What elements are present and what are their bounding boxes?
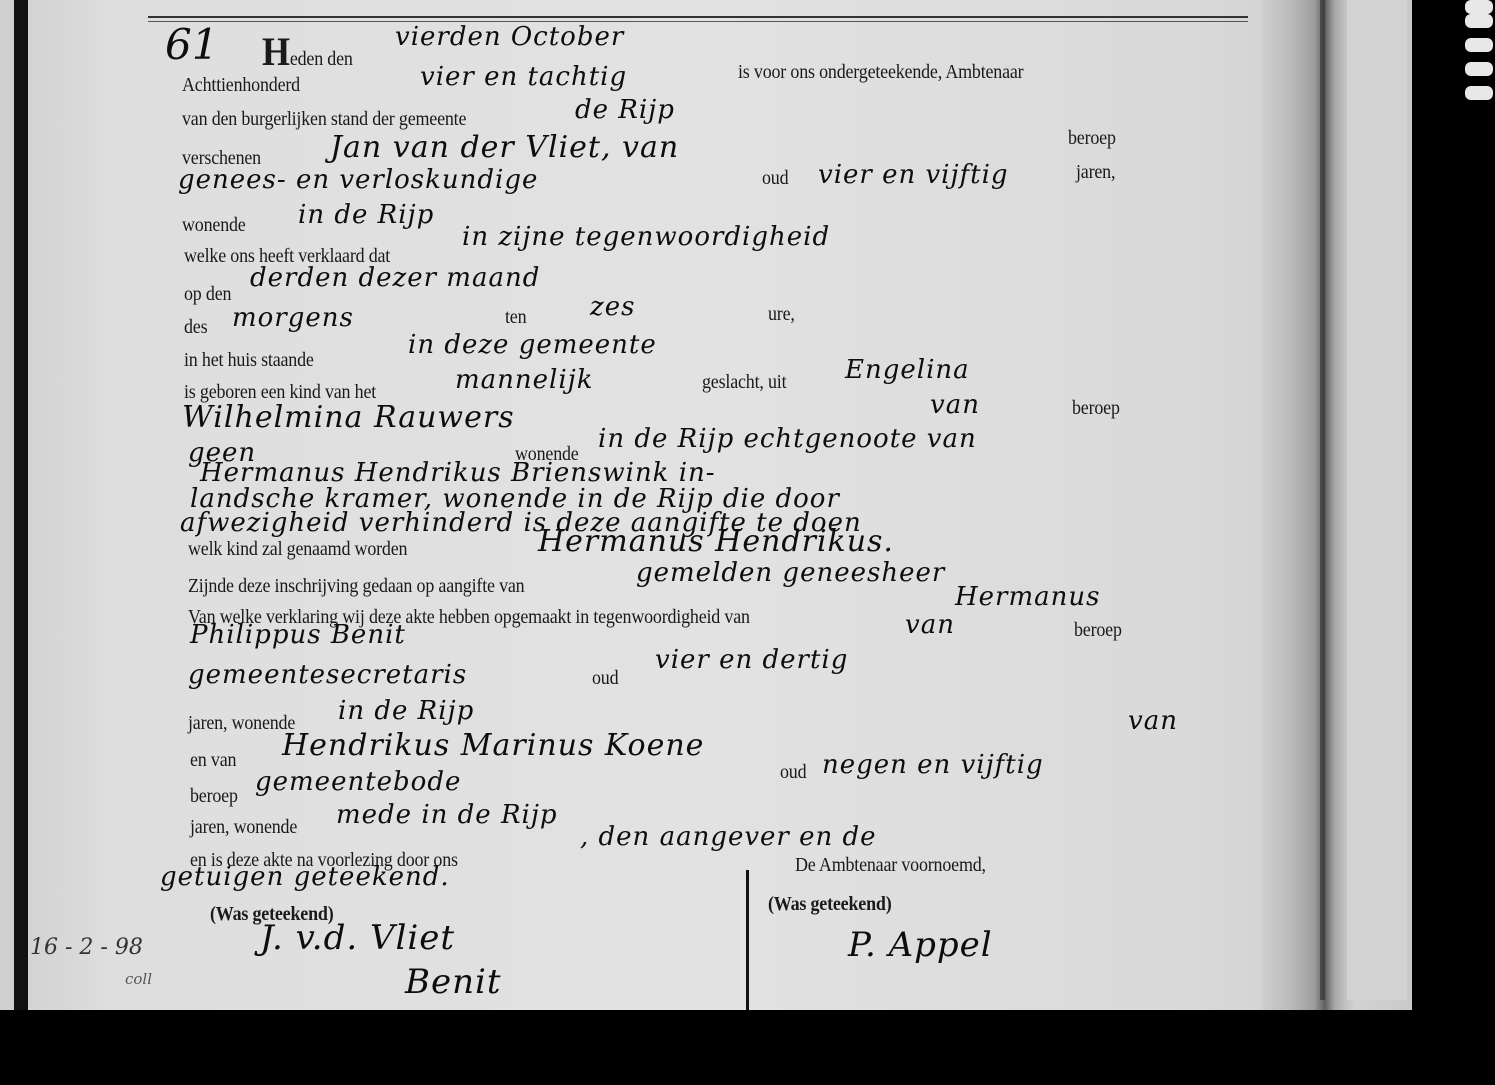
printed-jaren-1: jaren, bbox=[1076, 160, 1115, 184]
document-page: 61 Heden den vierden October Achttienhon… bbox=[0, 0, 1410, 1010]
printed-jaren-wonende-2: jaren, wonende bbox=[190, 815, 297, 839]
hw-sex: mannelijk bbox=[455, 365, 593, 395]
hw-witness2-beroep: gemeentebode bbox=[255, 767, 461, 797]
margin-coll-note: coll bbox=[125, 970, 152, 988]
printed-welk-kind: welk kind zal genaamd worden bbox=[188, 537, 407, 561]
printed-en-van: en van bbox=[190, 748, 236, 772]
hw-witness2-name: Hendrikus Marinus Koene bbox=[282, 728, 704, 763]
hw-declarant-age: vier en vijftig bbox=[818, 160, 1009, 190]
printed-is-voor-ons: is voor ons ondergeteekende, Ambtenaar bbox=[738, 60, 1023, 84]
printed-ten: ten bbox=[505, 305, 526, 329]
signature-declarant: J. v.d. Vliet bbox=[260, 918, 455, 958]
hw-declarant-residence: in de Rijp bbox=[298, 200, 434, 230]
signature-official: P. Appel bbox=[848, 925, 993, 965]
page-fringe bbox=[1465, 0, 1495, 200]
printed-heden: Heden den bbox=[262, 28, 353, 75]
printed-in-het-huis: in het huis staande bbox=[184, 348, 314, 372]
hw-signed-by-line2: getuigen geteekend. bbox=[160, 862, 450, 892]
hw-gemeente: de Rijp bbox=[575, 95, 675, 125]
hw-aangifte-van: gemelden geneesheer bbox=[636, 558, 945, 588]
hw-house: in deze gemeente bbox=[408, 330, 657, 360]
printed-achttienhonderd: Achttienhonderd bbox=[182, 73, 300, 97]
hw-hour: zes bbox=[590, 292, 635, 322]
printed-beroep-4: beroep bbox=[190, 784, 238, 808]
hw-birth-day: derden dezer maand bbox=[250, 263, 540, 293]
heden-rest: eden den bbox=[290, 47, 353, 69]
printed-was-geteekend-right: (Was geteekend) bbox=[768, 892, 891, 916]
hw-verklaard: in zijne tegenwoordigheid bbox=[462, 222, 830, 252]
signature-witness: Benit bbox=[405, 962, 502, 1002]
hw-witness2-age: negen en vijftig bbox=[822, 750, 1044, 780]
hw-mother-second: Wilhelmina Rauwers bbox=[182, 400, 515, 435]
hw-witness2-van: van bbox=[1128, 706, 1178, 736]
hw-witness1-first: Hermanus bbox=[955, 582, 1100, 612]
margin-date-note: 16 - 2 - 98 bbox=[30, 935, 143, 960]
printed-ure: ure, bbox=[768, 302, 795, 326]
hw-mother-van: van bbox=[930, 390, 980, 420]
printed-zijnde-deze: Zijnde deze inschrijving gedaan op aangi… bbox=[188, 574, 524, 598]
hw-witness1-last: Philippus Benit bbox=[190, 620, 406, 650]
printed-de-ambtenaar: De Ambtenaar voornoemd, bbox=[795, 853, 986, 877]
hw-witness1-age: vier en dertig bbox=[655, 645, 848, 675]
hw-witness1-beroep: gemeentesecretaris bbox=[188, 660, 467, 690]
header-rule-secondary bbox=[148, 21, 1248, 22]
record-number: 61 bbox=[165, 20, 218, 69]
hw-mother-residence: in de Rijp echtgenoote van bbox=[598, 424, 977, 454]
hw-mother-first: Engelina bbox=[845, 355, 970, 385]
hw-declarant: Jan van der Vliet, van bbox=[330, 130, 679, 165]
printed-oud-1: oud bbox=[762, 166, 788, 190]
gutter-crease bbox=[1320, 0, 1325, 1000]
facing-page-edge bbox=[1347, 0, 1407, 1000]
printed-beroep-3: beroep bbox=[1074, 618, 1122, 642]
hw-witness2-residence: mede in de Rijp bbox=[336, 800, 558, 830]
hw-child-name: Hermanus Hendrikus. bbox=[538, 524, 894, 559]
printed-wonende-1: wonende bbox=[182, 213, 246, 237]
page-edge-shadow bbox=[14, 0, 28, 1010]
hw-year: vier en tachtig bbox=[420, 62, 627, 92]
heden-initial: H bbox=[262, 29, 290, 74]
hw-declarant-beroep: genees- en verloskundige bbox=[178, 165, 538, 195]
printed-des: des bbox=[184, 315, 207, 339]
printed-beroep-2: beroep bbox=[1072, 396, 1120, 420]
hw-time-of-day: morgens bbox=[232, 303, 354, 333]
printed-op-den: op den bbox=[184, 282, 231, 306]
printed-oud-2: oud bbox=[592, 666, 618, 690]
hw-witness1-van: van bbox=[905, 610, 955, 640]
hw-witness1-residence: in de Rijp bbox=[338, 696, 474, 726]
printed-geslacht-uit: geslacht, uit bbox=[702, 370, 786, 394]
printed-jaren-wonende-1: jaren, wonende bbox=[188, 711, 295, 735]
hw-signed-by-line1: , den aangever en de bbox=[580, 822, 877, 852]
printed-burgerlijken-stand: van den burgerlijken stand der gemeente bbox=[182, 107, 466, 131]
printed-oud-3: oud bbox=[780, 760, 806, 784]
header-rule bbox=[148, 16, 1248, 18]
hw-date: vierden October bbox=[395, 22, 624, 52]
printed-beroep-1: beroep bbox=[1068, 126, 1116, 150]
signature-divider bbox=[746, 870, 749, 1010]
